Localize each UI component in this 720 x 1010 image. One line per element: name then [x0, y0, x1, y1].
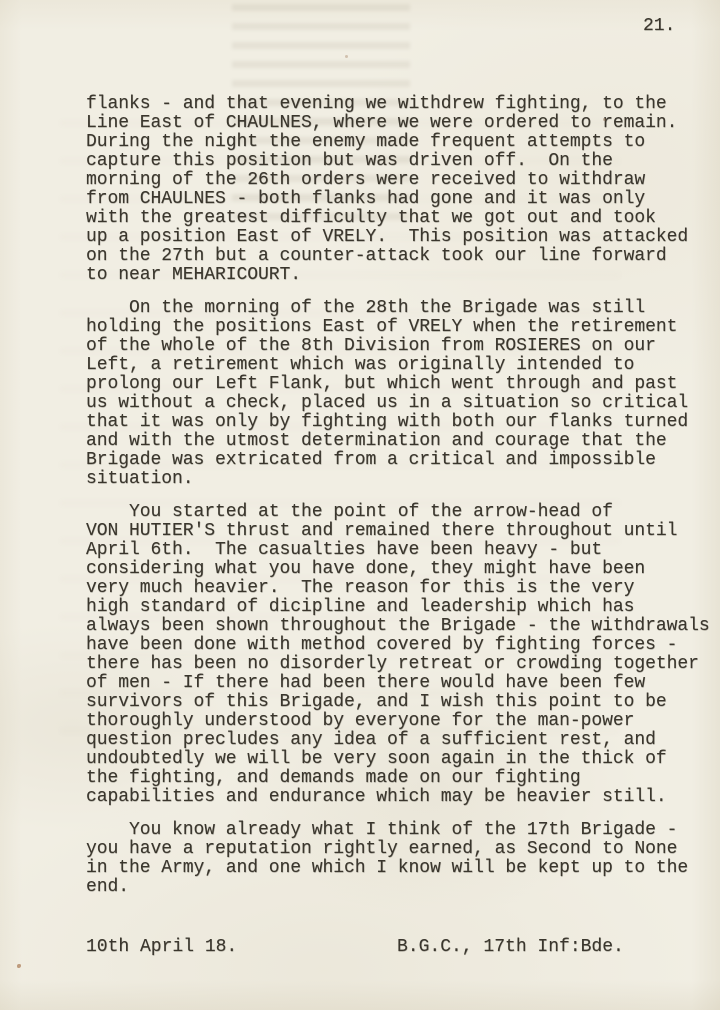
paper-stain-speck [603, 118, 606, 121]
page-number: 21. [643, 17, 675, 36]
paper-stain-speck [345, 55, 348, 58]
paper-stain-speck [17, 964, 21, 968]
paragraph-von-hutier-thrust: You started at the point of the arrow-he… [86, 503, 720, 807]
paragraph-17th-brigade-reputation: You know already what I think of the 17t… [86, 821, 720, 897]
signature-block: B.G.C., 17th Inf:Bde. [397, 938, 624, 957]
date-line: 10th April 18. [86, 938, 237, 957]
paragraph-28th-morning: On the morning of the 28th the Brigade w… [86, 299, 720, 489]
paragraph-withdrawal-chaulnes: flanks - and that evening we withdrew fi… [86, 95, 720, 285]
letter-body: flanks - and that evening we withdrew fi… [86, 95, 720, 911]
scanned-document-page: 21. flanks - and that evening we withdre… [0, 0, 720, 1010]
